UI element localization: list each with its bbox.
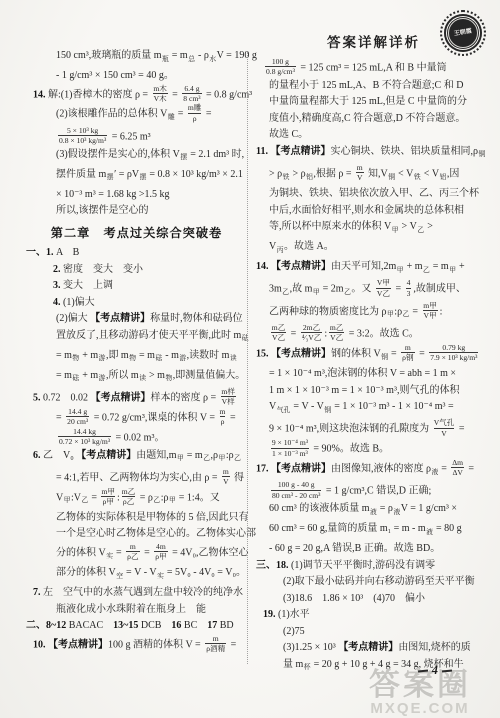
subscript: 甲 bbox=[387, 311, 394, 318]
fraction: 9 × 10⁻⁴ m³1 × 10⁻³ m³ bbox=[271, 438, 309, 458]
subscript: 乙 bbox=[82, 497, 89, 504]
fraction: 43 bbox=[406, 278, 412, 298]
subscript: 读 bbox=[139, 375, 146, 382]
text-segment: = bbox=[417, 348, 428, 359]
subscript: 钢 bbox=[381, 354, 388, 361]
text-segment: 分的体积 V bbox=[56, 547, 106, 558]
answer-page: 答案详解详析 王朝霞 150 cm³,玻璃瓶的质量 m瓶 = m总 - ρ水V … bbox=[0, 0, 500, 718]
text-segment: 60 cm³ 的该液体质量 m bbox=[269, 503, 370, 514]
text-segment: (2)75 bbox=[283, 626, 305, 637]
fraction-numerator: 5 × 10³ kg bbox=[58, 126, 107, 135]
text-segment: DCB bbox=[141, 620, 172, 631]
text-segment: 由图知,烧杯的质 bbox=[398, 642, 471, 653]
fraction-denominator: V bbox=[434, 428, 455, 438]
text-segment: :ρ bbox=[226, 450, 234, 461]
text-segment: + m bbox=[80, 370, 98, 381]
text-line: (2)偏大 【考点精讲】称量时,物体和砝码位 bbox=[26, 311, 247, 328]
text-line: 17. 【考点精讲】由图像知,液体的密度 ρ液 = ΔmΔV = bbox=[256, 459, 496, 481]
text-segment: 摆件质量 m bbox=[56, 169, 106, 180]
watermark-url-text: MXQE.COM bbox=[340, 701, 500, 716]
right-column: 100 g0.8 g/cm³ = 125 cm³ = 125 mL,A 和 B … bbox=[256, 58, 496, 677]
bold-text: 19. bbox=[263, 609, 278, 620]
text-segment: (3)假设摆件是实心的,体积 V bbox=[56, 149, 180, 160]
text-line: 为铜块、铁块、铝块依次放入甲、乙、丙三个杯 bbox=[256, 186, 496, 203]
text-line: 所以,该摆件是空心的 bbox=[26, 203, 247, 220]
text-segment: = 4V₀,乙物体空心 bbox=[170, 547, 249, 558]
text-segment: ,根据 ρ = bbox=[313, 168, 354, 179]
subscript: 实 bbox=[106, 553, 113, 560]
subscript: 读 bbox=[230, 355, 237, 362]
fraction-numerator: m乙 bbox=[271, 323, 286, 332]
text-line: 等,所以杯中原来水的体积 V甲 > V乙 > bbox=[256, 219, 496, 239]
text-segment: > ρ bbox=[269, 168, 282, 179]
text-segment: = ρ bbox=[377, 503, 393, 514]
text-segment: V bbox=[269, 401, 276, 412]
text-segment: 度值小,精确度高,C 符合题意,D 不符合题意。 bbox=[269, 113, 465, 124]
fraction-denominator: ρ bbox=[188, 113, 202, 123]
text-segment: + m bbox=[404, 261, 422, 272]
text-line: 9 × 10⁻⁴ m³,则这块泡沫钢的孔隙度为 V气孔V = bbox=[256, 419, 496, 439]
text-segment: = 1 × 10⁻⁴ m³,泡沫钢的体积 V = abh = 1 m × bbox=[269, 368, 456, 379]
fraction: V气孔V bbox=[434, 418, 455, 438]
subscript: 甲 bbox=[313, 289, 320, 296]
text-segment: 的量程小于 125 mL,A、B 不符合题意;C 和 D bbox=[269, 80, 463, 91]
fraction-denominator: ρ甲 bbox=[154, 551, 167, 561]
text-line: V丙。故选 A。 bbox=[256, 239, 496, 259]
text-segment: = m bbox=[184, 450, 202, 461]
bold-text: 【考点精讲】 bbox=[271, 261, 331, 272]
text-line: 10. 【考点精讲】100 g 酒精的体积 V = mρ酒精 = bbox=[26, 635, 247, 655]
text-segment: = bbox=[227, 412, 235, 423]
text-segment: (1)调节天平平衡时,游码没有调零 bbox=[291, 560, 435, 571]
subscript: 乙 bbox=[203, 455, 210, 462]
text-segment: 。故选 A。 bbox=[284, 241, 334, 252]
fraction-denominator: ρ甲 bbox=[101, 496, 115, 506]
text-segment: (3)18.6 1.86 × 10³ (4)70 偏小 bbox=[283, 593, 425, 604]
bold-text: 【考点精讲】 bbox=[338, 642, 398, 653]
text-segment: (1)水平 bbox=[278, 609, 310, 620]
text-segment: = bbox=[228, 639, 236, 650]
subscript: 杯 bbox=[304, 664, 311, 671]
bold-text: 三、18. bbox=[256, 560, 291, 571]
subscript: 砝 bbox=[155, 355, 162, 362]
page-number-value: 4 bbox=[432, 663, 438, 677]
fraction-denominator: 0.8 g/cm³ bbox=[265, 66, 296, 76]
fraction: 5 × 10³ kg0.8 × 10³ kg/m³ bbox=[58, 126, 107, 146]
text-segment: < V bbox=[396, 168, 414, 179]
fraction: 0.79 kg7.9 × 10³ kg/m³ bbox=[429, 343, 478, 363]
fraction-numerator: 100 g bbox=[265, 57, 296, 66]
fraction: m乙V乙 bbox=[329, 323, 344, 343]
text-line: 14.4 kg0.72 × 10³ kg/m³ = 0.02 m³。 bbox=[26, 428, 247, 448]
subscript: 乙 bbox=[344, 289, 351, 296]
subscript: 总 bbox=[188, 56, 195, 63]
text-line: (3)假设摆件是实心的,体积 V摆 = 2.1 dm³ 时, bbox=[26, 147, 247, 167]
text-segment: 得 bbox=[232, 472, 245, 483]
fraction-denominator: 3 bbox=[406, 288, 412, 298]
fraction-numerator: 4 bbox=[406, 278, 412, 287]
text-segment: (2)该根雕作品的总体积 V bbox=[56, 109, 167, 120]
text-segment: 9 × 10⁻⁴ m³,则这块泡沫钢的孔隙度为 bbox=[269, 423, 432, 434]
text-segment: = 3:2。故选 C。 bbox=[346, 328, 419, 339]
fraction-denominator: ⁴⁄₃V乙 bbox=[301, 332, 323, 342]
text-line: 5 × 10³ kg0.8 × 10³ kg/m³ = 6.25 m³ bbox=[26, 127, 247, 147]
fraction-denominator: V乙 bbox=[329, 332, 344, 342]
fraction: m雕ρ bbox=[188, 103, 202, 123]
fraction-numerator: m雕 bbox=[188, 103, 202, 112]
text-segment: > bbox=[425, 221, 433, 232]
subscript: 钢 bbox=[324, 407, 331, 414]
subscript: 物 bbox=[129, 355, 136, 362]
text-segment: ,故制成甲、 bbox=[413, 284, 466, 295]
subscript: 铁 bbox=[414, 174, 421, 181]
fraction-denominator: ρ酒精 bbox=[205, 643, 226, 653]
fraction: mρ乙 bbox=[126, 542, 139, 562]
text-segment: 由天平可知,2m bbox=[331, 261, 396, 272]
fraction: 100 g0.8 g/cm³ bbox=[265, 57, 296, 77]
fraction-denominator: ρ乙 bbox=[126, 551, 139, 561]
text-line: × 10⁻³ m³ = 1.68 kg >1.5 kg bbox=[26, 187, 247, 204]
text-segment: (2)偏大 bbox=[56, 313, 90, 324]
subscript: 游 bbox=[179, 355, 186, 362]
text-segment: 100 g 酒精的体积 V = bbox=[108, 639, 203, 650]
text-segment: > ρ bbox=[290, 168, 306, 179]
text-line: (2)75 bbox=[256, 624, 496, 641]
fraction-denominator: V bbox=[356, 172, 363, 182]
text-segment: (3)1.25 × 10³ bbox=[283, 642, 338, 653]
text-segment: 故选 C。 bbox=[269, 129, 308, 140]
fraction-denominator: ρ钢 bbox=[401, 352, 414, 362]
text-segment: 解:(1)香樟木的密度 ρ = bbox=[48, 89, 151, 100]
subscript: 乙 bbox=[423, 267, 430, 274]
fraction-denominator: 0.8 × 10³ kg/m³ bbox=[58, 135, 107, 145]
subscript: 甲 bbox=[64, 497, 71, 504]
text-segment: = m bbox=[56, 370, 72, 381]
fraction-denominator: ρ乙 bbox=[122, 496, 136, 506]
text-line: = m砝 + m游,所以 m读 > m物,即测量值偏大。 bbox=[26, 368, 247, 388]
fraction-denominator: V样 bbox=[221, 396, 236, 406]
text-segment: = bbox=[288, 328, 299, 339]
text-segment: :V bbox=[71, 492, 81, 503]
text-segment: = 80 g bbox=[433, 523, 461, 534]
text-line: 瓶液化成小水珠附着在瓶身上 能 bbox=[26, 602, 247, 619]
text-segment: = bbox=[170, 89, 181, 100]
text-segment: V bbox=[56, 492, 63, 503]
fraction-denominator: ρ bbox=[220, 416, 226, 426]
text-segment: 实心铜块、铁块、铝块质量相同,ρ bbox=[330, 146, 478, 157]
subscript: 瓶 bbox=[162, 56, 169, 63]
text-segment: 所以,该摆件是空心的 bbox=[56, 205, 149, 216]
text-segment: = 2m bbox=[320, 284, 343, 295]
text-line: = 14.4 g20 cm³ = 0.72 g/cm³,课桌的体积 V = mρ… bbox=[26, 408, 247, 428]
fraction: 4mρ甲 bbox=[154, 542, 167, 562]
fraction-numerator: m甲 bbox=[101, 487, 115, 496]
seal-text: 王朝霞 bbox=[454, 28, 473, 38]
subscript: 乙 bbox=[403, 311, 410, 318]
fraction: 100 g - 40 g80 cm³ - 20 cm³ bbox=[271, 480, 321, 500]
text-segment: = bbox=[203, 109, 211, 120]
text-segment: = m bbox=[430, 261, 448, 272]
text-segment: × 10⁻³ m³ = 1.68 kg >1.5 kg bbox=[56, 189, 169, 200]
fraction-denominator: V bbox=[222, 476, 229, 486]
text-line: (2)取下最小砝码并向右移动游码至天平平衡 bbox=[256, 574, 496, 591]
subscript: 乙 bbox=[153, 497, 160, 504]
bold-text: 【考点精讲】 bbox=[271, 348, 331, 359]
text-line: 3m乙,故 m甲 = 2m乙。又 V甲V乙 = 43,故制成甲、 bbox=[256, 279, 496, 301]
text-line: 100 g0.8 g/cm³ = 125 cm³ = 125 mL,A 和 B … bbox=[256, 58, 496, 78]
text-line: 二、8~12 BACAC 13~15 DCB 16 BC 17 BD bbox=[26, 618, 247, 635]
fraction: mρ bbox=[220, 407, 226, 427]
text-line: 乙物体的实际体积是甲物体的 5 倍,因此只有 bbox=[26, 510, 247, 527]
subscript: 铝 bbox=[306, 174, 313, 181]
text-line: = 4:1,若甲、乙两物体均为实心,由 ρ = mV 得 bbox=[26, 468, 247, 488]
subscript: 丙 bbox=[277, 247, 284, 254]
text-line: 量 m杯 = 20 g + 10 g + 4 g = 34 g, 烧杯和牛 bbox=[256, 657, 496, 677]
text-segment: 置放反了,且移动游码才使天平平衡,此时 m bbox=[56, 330, 241, 341]
text-segment: = 5V₀ - 4V₀ = V₀。 bbox=[164, 567, 246, 578]
fraction-denominator: 20 cm³ bbox=[66, 416, 89, 426]
bold-text: 【考点精讲】 bbox=[48, 639, 108, 650]
text-line: 中后,水面恰好相平,则水和金属块的总体积相 bbox=[256, 203, 496, 220]
subscript: 铜 bbox=[478, 151, 485, 158]
text-segment: 钢的体积 V bbox=[331, 348, 381, 359]
text-line: > ρ铁 > ρ铝,根据 ρ = mV 知,V铜 < V铁 < V铝,因 bbox=[256, 164, 496, 186]
text-segment: 知,V bbox=[366, 168, 388, 179]
fraction: ΔmΔV bbox=[451, 458, 463, 478]
bold-text: 7. bbox=[33, 587, 43, 598]
text-segment: BACAC bbox=[69, 620, 113, 631]
text-segment: (2)取下最小砝码并向右移动游码至天平平衡 bbox=[283, 576, 475, 587]
fraction-numerator: m样 bbox=[221, 387, 236, 396]
text-line: 的量程小于 125 mL,A、B 不符合题意;C 和 D bbox=[256, 78, 496, 95]
bold-text: 10. bbox=[33, 639, 48, 650]
fraction-denominator: V甲 bbox=[423, 310, 438, 320]
fraction: m甲ρ甲 bbox=[101, 487, 115, 507]
subscript: 物 bbox=[72, 355, 79, 362]
fraction: 14.4 kg0.72 × 10³ kg/m³ bbox=[58, 427, 111, 447]
text-line: 三、18. (1)调节天平平衡时,游码没有调零 bbox=[256, 558, 496, 575]
fraction-numerator: m bbox=[205, 634, 226, 643]
subscript: 甲 bbox=[177, 455, 184, 462]
text-segment: = 0.8 g/cm³ bbox=[204, 89, 253, 100]
text-segment: > V bbox=[399, 221, 417, 232]
text-segment: = m bbox=[137, 350, 155, 361]
subscript: 铝 bbox=[440, 174, 447, 181]
text-line: 15. 【考点精讲】钢的体积 V钢 = mρ钢 = 0.79 kg7.9 × 1… bbox=[256, 344, 496, 366]
subscript: 摆 bbox=[107, 174, 114, 181]
text-segment: 0.72 0.02 bbox=[43, 392, 91, 403]
text-segment: 中量筒量程都大于 125 mL,但是 C 中量筒的分 bbox=[269, 96, 467, 107]
text-segment: = 4:1,若甲、乙两物体均为实心,由 ρ = bbox=[56, 472, 220, 483]
text-line: 14. 解:(1)香樟木的密度 ρ = m木V木 = 6.4 g8 cm³ = … bbox=[26, 85, 247, 105]
subscript: 乙 bbox=[234, 455, 241, 462]
text-segment: 1 m × 1 × 10⁻³ m = 1 × 10⁻³ m³,则气孔的体积 bbox=[269, 385, 459, 396]
text-segment: 乙两种球的物质密度比为 ρ bbox=[269, 306, 387, 317]
text-segment: BC bbox=[184, 620, 207, 631]
subscript: 游 bbox=[99, 355, 106, 362]
text-line: 置放反了,且移动游码才使天平平衡,此时 m砝 bbox=[26, 328, 247, 348]
text-segment: 称量时,物体和砝码位 bbox=[150, 313, 243, 324]
text-segment: 由题知,m bbox=[136, 450, 176, 461]
text-segment: = bbox=[89, 492, 100, 503]
left-column: 150 cm³,玻璃瓶的质量 m瓶 = m总 - ρ水V = 190 g- 1 … bbox=[26, 48, 247, 655]
fraction-numerator: m bbox=[356, 163, 363, 172]
text-segment: 部分的体积 V bbox=[56, 567, 116, 578]
text-segment: = m bbox=[56, 350, 72, 361]
text-line: 150 cm³,玻璃瓶的质量 m瓶 = m总 - ρ水V = 190 g bbox=[26, 48, 247, 68]
text-line: 乙两种球的物质密度比为 ρ甲:ρ乙 = m甲V甲: bbox=[256, 302, 496, 324]
text-segment: = bbox=[439, 463, 450, 474]
fraction-numerator: m bbox=[220, 407, 226, 416]
text-line: - 60 g = 20 g,A 错误,B 正确。故选 BD。 bbox=[256, 541, 496, 558]
bold-text: 【考点精讲】 bbox=[76, 450, 136, 461]
fraction-denominator: ΔV bbox=[451, 467, 463, 477]
subscript: 物 bbox=[165, 375, 172, 382]
text-segment: = 0.8 × 10³ kg/m³ × 2.1 bbox=[147, 169, 243, 180]
fraction-numerator: m乙 bbox=[329, 323, 344, 332]
text-segment: = bbox=[410, 306, 421, 317]
fraction: m乙ρ乙 bbox=[122, 487, 136, 507]
fraction-numerator: m bbox=[222, 467, 229, 476]
subscript: 水 bbox=[209, 56, 216, 63]
text-segment: V = 190 g bbox=[217, 50, 257, 61]
bold-text: 14. bbox=[33, 89, 48, 100]
text-segment: + bbox=[457, 261, 465, 272]
text-segment: = 1 g/cm³,C 错误,D 正确; bbox=[323, 486, 431, 497]
text-line: m乙V乙 = 2m乙⁴⁄₃V乙:m乙V乙 = 3:2。故选 C。 bbox=[256, 324, 496, 344]
text-line: 3. 变大 上调 bbox=[26, 278, 247, 295]
text-line: - 1 g/cm³ × 150 cm³ = 40 g。 bbox=[26, 68, 247, 85]
text-segment: 中后,水面恰好相平,则水和金属块的总体积相 bbox=[269, 205, 464, 216]
text-segment: = bbox=[389, 348, 400, 359]
fraction-denominator: 7.9 × 10³ kg/m³ bbox=[429, 352, 478, 362]
fraction-numerator: 14.4 kg bbox=[58, 427, 111, 436]
bold-text: 【考点精讲】 bbox=[270, 146, 330, 157]
subscript: 液 bbox=[370, 509, 377, 516]
fraction: m甲V甲 bbox=[423, 301, 438, 321]
text-segment: :ρ bbox=[394, 306, 402, 317]
text-segment: 60 cm³ = 60 g,量筒的质量 m₁ = m - m bbox=[269, 523, 426, 534]
subscript: 砝 bbox=[72, 375, 79, 382]
text-segment: 乙 V₀ bbox=[43, 450, 76, 461]
column-divider bbox=[247, 52, 248, 664]
text-segment: - 60 g = 20 g,A 错误,B 正确。故选 BD。 bbox=[269, 543, 440, 554]
text-segment: 样本的密度 ρ = bbox=[151, 392, 219, 403]
subscript: 铁 bbox=[283, 174, 290, 181]
fraction-numerator: 2m乙 bbox=[301, 323, 323, 332]
text-segment: = bbox=[56, 412, 64, 423]
fraction-numerator: m bbox=[401, 343, 414, 352]
subscript: 甲 bbox=[219, 455, 226, 462]
fraction: 14.4 g20 cm³ bbox=[66, 407, 89, 427]
text-segment: = 6.25 m³ bbox=[109, 131, 150, 142]
text-segment: 一个是空心时乙物体是空心的。乙物体实心部 bbox=[56, 528, 256, 539]
bold-text: 11. bbox=[256, 146, 270, 157]
text-line: 60 cm³ 的该液体质量 m液 = ρ液V = 1 g/cm³ × bbox=[256, 501, 496, 521]
subscript: 游 bbox=[99, 375, 106, 382]
fraction: mV bbox=[356, 163, 363, 183]
fraction-numerator: m甲 bbox=[423, 301, 438, 310]
text-segment: + m bbox=[80, 350, 98, 361]
fraction: V甲V乙 bbox=[376, 278, 391, 298]
subscript: 铜 bbox=[388, 174, 395, 181]
text-segment: 150 cm³,玻璃瓶的质量 m bbox=[56, 50, 162, 61]
bold-text: 14. bbox=[256, 261, 271, 272]
bold-text: 2. bbox=[53, 264, 63, 275]
text-line: 5. 0.72 0.02 【考点精讲】样本的密度 ρ = m样V样 bbox=[26, 388, 247, 408]
page-number: 4 bbox=[414, 663, 456, 678]
text-segment: V bbox=[269, 241, 276, 252]
text-line: 一个是空心时乙物体是空心的。乙物体实心部 bbox=[26, 526, 247, 543]
fraction-denominator: V乙 bbox=[271, 332, 286, 342]
fraction-numerator: 14.4 g bbox=[66, 407, 89, 416]
text-line: 度值小,精确度高,C 符合题意,D 不符合题意。 bbox=[256, 111, 496, 128]
text-segment: A B bbox=[56, 247, 79, 258]
text-segment: - ρ bbox=[196, 50, 209, 61]
text-segment: = bbox=[142, 547, 153, 558]
text-segment: = 125 cm³ = 125 mL,A 和 B 中量筒 bbox=[298, 62, 447, 73]
text-segment: 等,所以杯中原来水的体积 V bbox=[269, 221, 391, 232]
subscript: 甲 bbox=[449, 267, 456, 274]
fraction: mρ酒精 bbox=[205, 634, 226, 654]
fraction-numerator: V甲 bbox=[376, 278, 391, 287]
subscript: 液 bbox=[426, 529, 433, 536]
text-segment: ,读数时 m bbox=[187, 350, 230, 361]
text-segment: ,故 m bbox=[290, 284, 313, 295]
text-line: 中量筒量程都大于 125 mL,但是 C 中量筒的分 bbox=[256, 94, 496, 111]
fraction-numerator: m bbox=[126, 542, 139, 551]
text-segment: = bbox=[175, 109, 186, 120]
text-line: 摆件质量 m摆′ = ρV摆 = 0.8 × 10³ kg/m³ × 2.1 bbox=[26, 167, 247, 187]
text-segment: ,即 m bbox=[106, 350, 129, 361]
text-segment: < V bbox=[421, 168, 439, 179]
fraction-denominator: V木 bbox=[153, 93, 168, 103]
fraction: 2m乙⁴⁄₃V乙 bbox=[301, 323, 323, 343]
text-line: 14. 【考点精讲】由天平可知,2m甲 + m乙 = m甲 + bbox=[256, 259, 496, 279]
subscript: 气孔 bbox=[277, 407, 291, 414]
bold-text: 一、1. bbox=[26, 247, 56, 258]
text-segment: = V - V bbox=[124, 567, 157, 578]
text-segment: : bbox=[440, 306, 443, 317]
text-segment: = 0.02 m³。 bbox=[113, 432, 164, 443]
text-line: V甲:V乙 = m甲ρ甲:m乙ρ乙 = ρ乙:ρ甲 = 1:4。又 bbox=[26, 488, 247, 510]
text-segment: : bbox=[117, 492, 120, 503]
subscript: 乙 bbox=[282, 289, 289, 296]
bold-text: 16 bbox=[171, 620, 184, 631]
text-line: = m物 + m游,即 m物 = m砝 - m游,读数时 m读 bbox=[26, 348, 247, 368]
fraction-numerator: 4m bbox=[154, 542, 167, 551]
text-line: 11. 【考点精讲】实心铜块、铁块、铝块质量相同,ρ铜 bbox=[256, 144, 496, 164]
text-segment: - 1 g/cm³ × 150 cm³ = 40 g。 bbox=[56, 70, 174, 81]
bold-text: 13~15 bbox=[113, 620, 141, 631]
fraction-denominator: 1 × 10⁻³ m³ bbox=[271, 448, 309, 458]
subscript: 雕 bbox=[168, 114, 175, 121]
text-segment: > m bbox=[147, 370, 165, 381]
bold-text: 【考点精讲】 bbox=[90, 313, 150, 324]
text-segment: 3m bbox=[269, 284, 282, 295]
text-segment: = bbox=[456, 423, 464, 434]
page-number-flourish-right bbox=[442, 670, 452, 673]
subscript: 液 bbox=[393, 509, 400, 516]
bold-text: 15. bbox=[256, 348, 271, 359]
text-segment: = bbox=[114, 547, 125, 558]
text-line: 6. 乙 V₀ 【考点精讲】由题知,m甲 = m乙,ρ甲:ρ乙 bbox=[26, 448, 247, 468]
text-segment: 密度 变大 变小 bbox=[63, 264, 143, 275]
text-line: 100 g - 40 g80 cm³ - 20 cm³ = 1 g/cm³,C … bbox=[256, 481, 496, 501]
subscript: 甲 bbox=[397, 267, 404, 274]
text-segment: ,即测量值偏大。 bbox=[173, 370, 246, 381]
text-segment: = bbox=[393, 284, 404, 295]
